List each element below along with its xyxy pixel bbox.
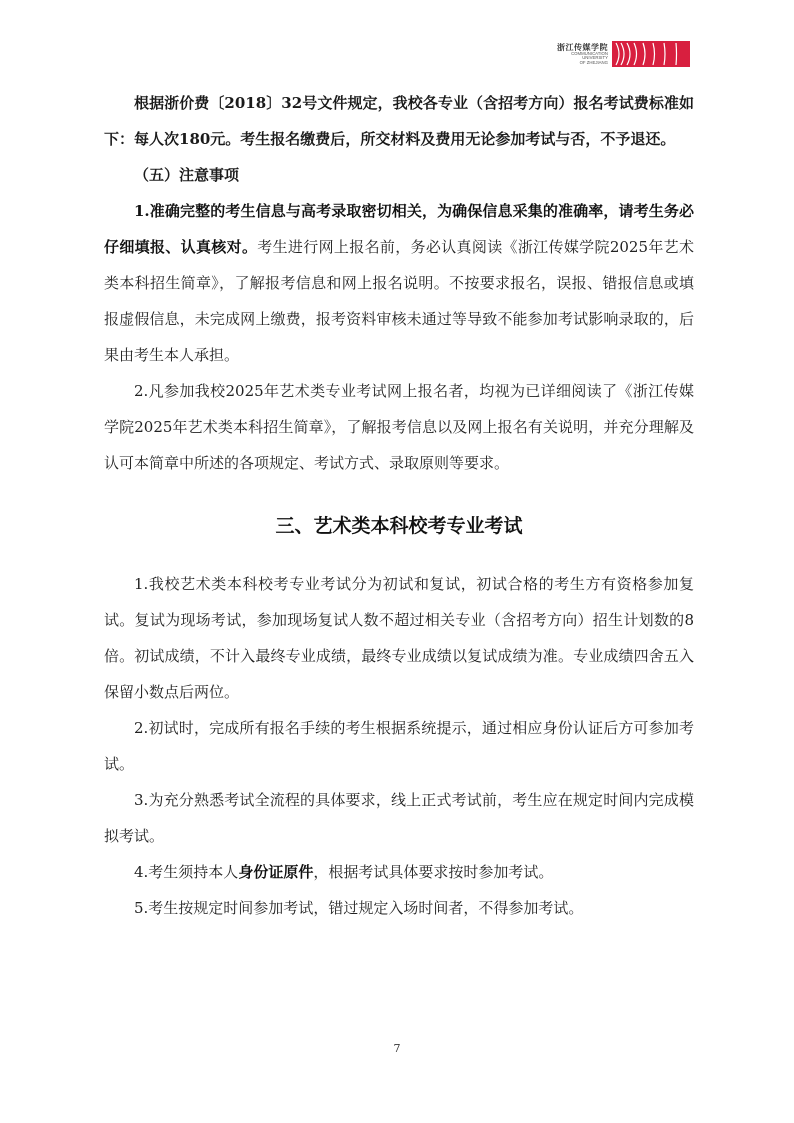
exam-item-4-emphasis: 身份证原件 [238, 863, 313, 881]
note-1-text: 考生进行网上报名前，务必认真阅读《浙江传媒学院2025年艺术类本科招生简章》，了… [104, 238, 694, 364]
exam-item-4: 4.考生须持本人身份证原件，根据考试具体要求按时参加考试。 [104, 854, 694, 890]
note-1: 1.准确完整的考生信息与高考录取密切相关，为确保信息采集的准确率，请考生务必仔细… [104, 193, 694, 373]
exam-item-1: 1.我校艺术类本科校考专业考试分为初试和复试，初试合格的考生方有资格参加复试。复… [104, 566, 694, 710]
document-body: 根据浙价费〔2018〕32号文件规定，我校各专业（含招考方向）报名考试费标准如下… [104, 85, 694, 926]
logo-english-line-3: OF ZHEJIANG [580, 61, 608, 66]
exam-item-2: 2.初试时，完成所有报名手续的考生根据系统提示，通过相应身份认证后方可参加考试。 [104, 710, 694, 782]
section-3-title: 三、艺术类本科校考专业考试 [104, 511, 694, 538]
logo-text: 浙江传媒学院 COMMUNICATION UNIVERSITY OF ZHEJI… [548, 43, 608, 66]
note-2: 2.凡参加我校2025年艺术类专业考试网上报名者，均视为已详细阅读了《浙江传媒学… [104, 373, 694, 481]
notes-heading: （五）注意事项 [104, 157, 694, 193]
exam-item-4-prefix: 4.考生须持本人 [134, 863, 238, 881]
logo-red-band-icon [612, 41, 690, 67]
fee-paragraph: 根据浙价费〔2018〕32号文件规定，我校各专业（含招考方向）报名考试费标准如下… [104, 85, 694, 157]
university-logo: 浙江传媒学院 COMMUNICATION UNIVERSITY OF ZHEJI… [548, 38, 690, 70]
page-number: 7 [0, 1042, 794, 1055]
exam-item-3: 3.为充分熟悉考试全流程的具体要求，线上正式考试前，考生应在规定时间内完成模拟考… [104, 782, 694, 854]
exam-item-5: 5.考生按规定时间参加考试，错过规定入场时间者，不得参加考试。 [104, 890, 694, 926]
exam-item-4-suffix: ，根据考试具体要求按时参加考试。 [313, 863, 553, 881]
logo-chinese-name: 浙江传媒学院 [557, 43, 608, 51]
